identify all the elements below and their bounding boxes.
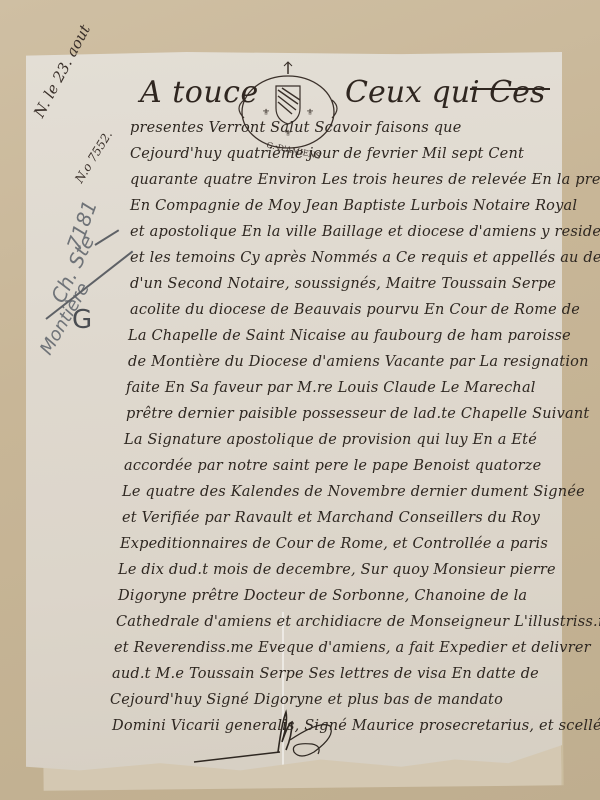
text-line: Cathedrale d'amiens et archidiacre de Mo…	[116, 614, 600, 630]
text-line: Expeditionnaires de Cour de Rome, et Con…	[120, 536, 548, 552]
heading-left: A touce	[140, 75, 259, 110]
text-line: Digoryne prêtre Docteur de Sorbonne, Cha…	[118, 588, 527, 604]
text-line: Le quatre des Kalendes de Novembre derni…	[122, 484, 585, 500]
text-line: et Verifiée par Ravault et Marchand Cons…	[122, 510, 540, 526]
text-line: quarante quatre Environ Les trois heures…	[130, 172, 600, 188]
text-line: Le dix dud.t mois de decembre, Sur quoy …	[118, 562, 556, 578]
text-line: de Montière du Diocese d'amiens Vacante …	[128, 354, 589, 370]
text-line: d'un Second Notaire, soussignés, Maitre …	[130, 276, 556, 292]
text-line: et les temoins Cy après Nommés a Ce requ…	[130, 250, 600, 266]
text-line: prêtre dernier paisible possesseur de la…	[126, 406, 589, 422]
heading-right: Ceux qui Ces	[345, 75, 545, 110]
text-line: acolite du diocese de Beauvais pourvu En…	[130, 302, 580, 318]
svg-text:⚜: ⚜	[306, 108, 314, 118]
text-line: La Signature apostolique de provision qu…	[124, 432, 537, 448]
signature-paraph-icon	[190, 700, 370, 770]
text-line: presentes Verront Salut Scavoir faisons …	[130, 120, 462, 136]
text-line: faite En Sa faveur par M.re Louis Claude…	[126, 380, 536, 396]
text-line: La Chapelle de Saint Nicaise au faubourg…	[128, 328, 571, 344]
text-line: accordée par notre saint pere le pape Be…	[124, 458, 541, 474]
svg-text:⚜: ⚜	[262, 108, 270, 118]
text-line: et apostolique En la ville Baillage et d…	[130, 224, 600, 240]
text-line: Cejourd'huy quatrième jour de fevrier Mi…	[130, 146, 524, 162]
text-line: et Reverendiss.me Eveque d'amiens, a fai…	[114, 640, 591, 656]
text-line: En Compagnie de Moy Jean Baptiste Lurboi…	[130, 198, 577, 214]
text-line: aud.t M.e Toussain Serpe Ses lettres de …	[112, 666, 539, 682]
heading-rule	[470, 88, 550, 90]
pencil-letter: G	[72, 305, 92, 335]
